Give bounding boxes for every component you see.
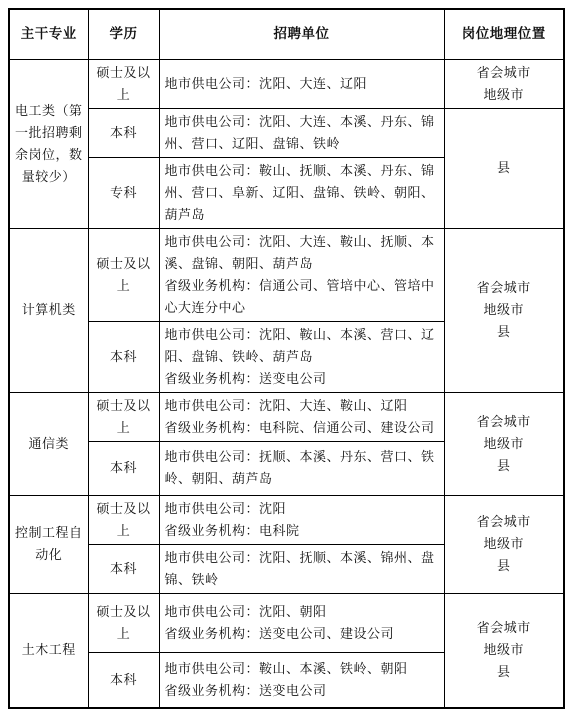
location-cell: 省会城市 地级市 <box>444 59 564 108</box>
education-cell: 本科 <box>88 544 159 593</box>
education-cell: 硕士及以上 <box>88 228 159 321</box>
units-line: 地市供电公司：沈阳、朝阳 <box>165 601 440 623</box>
units-cell: 地市供电公司：抚顺、本溪、丹东、营口、铁岭、朝阳、葫芦岛 <box>159 441 444 495</box>
table-row: 通信类 硕士及以上 地市供电公司：沈阳、大连、鞍山、辽阳 省级业务机构：电科院、… <box>9 392 564 441</box>
units-line: 省级业务机构：电科院 <box>165 520 440 542</box>
location-line: 省会城市 <box>448 617 561 639</box>
units-cell: 地市供电公司：沈阳、大连、鞍山、抚顺、本溪、盘锦、朝阳、葫芦岛 省级业务机构：信… <box>159 228 444 321</box>
units-cell: 地市供电公司：鞍山、抚顺、本溪、丹东、锦州、营口、阜新、辽阳、盘锦、铁岭、朝阳、… <box>159 157 444 228</box>
location-line: 县 <box>448 157 561 179</box>
units-cell: 地市供电公司：沈阳、大连、鞍山、辽阳 省级业务机构：电科院、信通公司、建设公司 <box>159 392 444 441</box>
education-cell: 专科 <box>88 157 159 228</box>
education-cell: 硕士及以上 <box>88 392 159 441</box>
table-row: 土木工程 硕士及以上 地市供电公司：沈阳、朝阳 省级业务机构：送变电公司、建设公… <box>9 593 564 652</box>
location-line: 省会城市 <box>448 411 561 433</box>
units-cell: 地市供电公司：沈阳、抚顺、本溪、锦州、盘锦、铁岭 <box>159 544 444 593</box>
location-cell: 省会城市 地级市 县 <box>444 593 564 708</box>
location-line: 省会城市 <box>448 62 561 84</box>
units-line: 地市供电公司：沈阳、大连、鞍山、抚顺、本溪、盘锦、朝阳、葫芦岛 <box>165 231 440 275</box>
location-cell: 省会城市 地级市 县 <box>444 228 564 392</box>
major-cell: 计算机类 <box>9 228 88 392</box>
units-cell: 地市供电公司：沈阳、朝阳 省级业务机构：送变电公司、建设公司 <box>159 593 444 652</box>
units-line: 地市供电公司：鞍山、抚顺、本溪、丹东、锦州、营口、阜新、辽阳、盘锦、铁岭、朝阳、… <box>165 160 440 226</box>
recruitment-table: 主干专业 学历 招聘单位 岗位地理位置 电工类（第一批招聘剩余岗位，数量较少） … <box>8 8 565 709</box>
header-employer: 招聘单位 <box>159 9 444 59</box>
header-education: 学历 <box>88 9 159 59</box>
location-cell: 省会城市 地级市 县 <box>444 392 564 495</box>
units-line: 地市供电公司：抚顺、本溪、丹东、营口、铁岭、朝阳、葫芦岛 <box>165 446 440 490</box>
location-line: 县 <box>448 661 561 683</box>
units-line: 地市供电公司：沈阳、鞍山、本溪、营口、辽阳、盘锦、铁岭、葫芦岛 <box>165 324 440 368</box>
units-line: 地市供电公司：沈阳、抚顺、本溪、锦州、盘锦、铁岭 <box>165 547 440 591</box>
education-cell: 本科 <box>88 652 159 708</box>
major-cell: 土木工程 <box>9 593 88 708</box>
location-line: 地级市 <box>448 533 561 555</box>
education-cell: 硕士及以上 <box>88 593 159 652</box>
education-cell: 硕士及以上 <box>88 495 159 544</box>
table-row: 控制工程自动化 硕士及以上 地市供电公司：沈阳 省级业务机构：电科院 省会城市 … <box>9 495 564 544</box>
location-line: 县 <box>448 455 561 477</box>
header-major: 主干专业 <box>9 9 88 59</box>
education-cell: 硕士及以上 <box>88 59 159 108</box>
major-cell: 通信类 <box>9 392 88 495</box>
units-cell: 地市供电公司：沈阳 省级业务机构：电科院 <box>159 495 444 544</box>
location-cell: 省会城市 地级市 县 <box>444 495 564 593</box>
units-line: 省级业务机构：信通公司、管培中心、管培中心大连分中心 <box>165 275 440 319</box>
education-cell: 本科 <box>88 108 159 157</box>
education-cell: 本科 <box>88 441 159 495</box>
units-cell: 地市供电公司：沈阳、大连、辽阳 <box>159 59 444 108</box>
location-line: 省会城市 <box>448 511 561 533</box>
location-line: 地级市 <box>448 299 561 321</box>
units-line: 省级业务机构：电科院、信通公司、建设公司 <box>165 417 440 439</box>
location-line: 县 <box>448 555 561 577</box>
units-line: 省级业务机构：送变电公司 <box>165 368 440 390</box>
header-row: 主干专业 学历 招聘单位 岗位地理位置 <box>9 9 564 59</box>
table-row: 计算机类 硕士及以上 地市供电公司：沈阳、大连、鞍山、抚顺、本溪、盘锦、朝阳、葫… <box>9 228 564 321</box>
units-cell: 地市供电公司：沈阳、大连、本溪、丹东、锦州、营口、辽阳、盘锦、铁岭 <box>159 108 444 157</box>
units-line: 省级业务机构：送变电公司 <box>165 680 440 702</box>
location-line: 地级市 <box>448 84 561 106</box>
location-line: 地级市 <box>448 433 561 455</box>
location-line: 地级市 <box>448 639 561 661</box>
table-row: 本科 地市供电公司：沈阳、大连、本溪、丹东、锦州、营口、辽阳、盘锦、铁岭 县 <box>9 108 564 157</box>
header-location: 岗位地理位置 <box>444 9 564 59</box>
units-line: 地市供电公司：鞍山、本溪、铁岭、朝阳 <box>165 658 440 680</box>
units-line: 省级业务机构：送变电公司、建设公司 <box>165 623 440 645</box>
units-line: 地市供电公司：沈阳、大连、鞍山、辽阳 <box>165 395 440 417</box>
location-cell: 县 <box>444 108 564 228</box>
units-line: 地市供电公司：沈阳、大连、本溪、丹东、锦州、营口、辽阳、盘锦、铁岭 <box>165 111 440 155</box>
units-line: 地市供电公司：沈阳 <box>165 498 440 520</box>
education-cell: 本科 <box>88 321 159 392</box>
major-cell: 控制工程自动化 <box>9 495 88 593</box>
units-cell: 地市供电公司：沈阳、鞍山、本溪、营口、辽阳、盘锦、铁岭、葫芦岛 省级业务机构：送… <box>159 321 444 392</box>
location-line: 省会城市 <box>448 277 561 299</box>
document-page: 主干专业 学历 招聘单位 岗位地理位置 电工类（第一批招聘剩余岗位，数量较少） … <box>0 0 571 712</box>
units-line: 地市供电公司：沈阳、大连、辽阳 <box>165 73 440 95</box>
table-row: 电工类（第一批招聘剩余岗位，数量较少） 硕士及以上 地市供电公司：沈阳、大连、辽… <box>9 59 564 108</box>
location-line: 县 <box>448 321 561 343</box>
major-cell: 电工类（第一批招聘剩余岗位，数量较少） <box>9 59 88 228</box>
units-cell: 地市供电公司：鞍山、本溪、铁岭、朝阳 省级业务机构：送变电公司 <box>159 652 444 708</box>
